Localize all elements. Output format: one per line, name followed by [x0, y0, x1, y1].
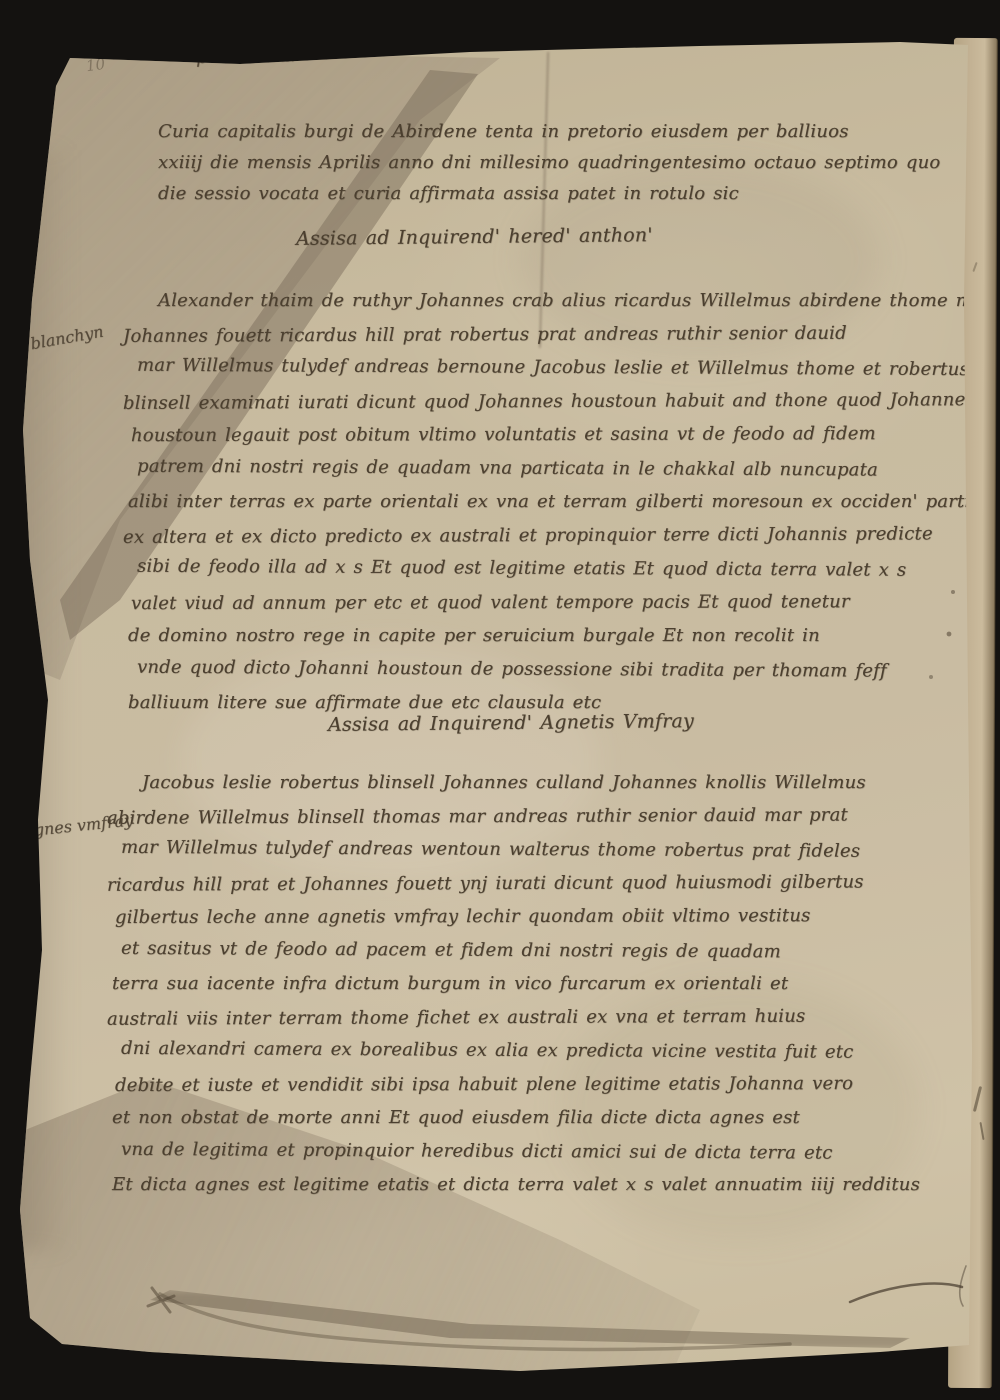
- manuscript-line: die sessio vocata et curia affirmata ass…: [158, 178, 940, 209]
- manuscript-line: mar Willelmus tulydef andreas wentoun wa…: [121, 831, 929, 869]
- manuscript-line: ricardus hill prat et Johannes fouett yn…: [107, 865, 915, 902]
- manuscript-line: Curia capitalis burgi de Abirdene tenta …: [158, 116, 940, 147]
- manuscript-line: et sasitus vt de feodo ad pacem et fidem…: [121, 931, 929, 969]
- manuscript-line: alibi inter terras ex parte orientali ex…: [128, 485, 1000, 519]
- section1-heading: Assisa ad Inquirend' hered' anthon': [296, 224, 653, 250]
- manuscript-line: vna de legitima et propinquior heredibus…: [121, 1132, 929, 1170]
- manuscript-line: blinsell examinati iurati dicunt quod Jo…: [123, 383, 999, 420]
- manuscript-line: gilbertus leche anne agnetis vmfray lech…: [115, 899, 923, 935]
- manuscript-line: mar Willelmus tulydef andreas bernoune J…: [137, 349, 1000, 387]
- manuscript-line: Johannes fouett ricardus hill prat rober…: [123, 316, 999, 353]
- section2-heading: Assisa ad Inquirend' Agnetis Vmfray: [328, 710, 694, 736]
- manuscript-line: houstoun legauit post obitum vltimo volu…: [131, 417, 1000, 453]
- section2-text: Jacobus leslie robertus blinsell Johanne…: [112, 766, 920, 1202]
- manuscript-line: abirdene Willelmus blinsell thomas mar a…: [107, 798, 915, 835]
- folio-number: 10: [85, 55, 106, 75]
- manuscript-line: debite et iuste et vendidit sibi ipsa ha…: [115, 1066, 923, 1102]
- header-annotation: p' heb' cur': [196, 45, 305, 68]
- manuscript-line: patrem dni nostri regis de quadam vna pa…: [137, 449, 1000, 487]
- manuscript-line: dni alexandri camera ex borealibus ex al…: [121, 1032, 929, 1070]
- manuscript-line: Et dicta agnes est legitime etatis et di…: [112, 1168, 920, 1202]
- manuscript-line: de domino nostro rege in capite per seru…: [128, 619, 1000, 653]
- court-preamble: Curia capitalis burgi de Abirdene tenta …: [158, 116, 940, 209]
- manuscript-line: terra sua iacente infra dictum burgum in…: [112, 967, 920, 1001]
- photo-background: 10 p' heb' cur' Curia capitalis burgi de…: [0, 0, 1000, 1400]
- manuscript-line: et non obstat de morte anni Et quod eius…: [112, 1101, 920, 1135]
- manuscript-line: vnde quod dicto Johanni houstoun de poss…: [137, 650, 1000, 688]
- manuscript-page: 10 p' heb' cur' Curia capitalis burgi de…: [0, 0, 1000, 1400]
- manuscript-line: Alexander thaim de ruthyr Johannes crab …: [158, 284, 1000, 318]
- manuscript-line: valet viud ad annum per etc et quod vale…: [131, 584, 1000, 620]
- manuscript-line: Jacobus leslie robertus blinsell Johanne…: [142, 766, 920, 800]
- stain-left-edge: [0, 150, 70, 1250]
- manuscript-line: ex altera et ex dicto predicto ex austra…: [123, 517, 999, 554]
- section1-text: Alexander thaim de ruthyr Johannes crab …: [128, 284, 1000, 720]
- manuscript-line: australi viis inter terram thome fichet …: [107, 999, 915, 1036]
- manuscript-line: sibi de feodo illa ad x s Et quod est le…: [137, 550, 1000, 588]
- manuscript-line: xxiiij die mensis Aprilis anno dni mille…: [158, 147, 940, 178]
